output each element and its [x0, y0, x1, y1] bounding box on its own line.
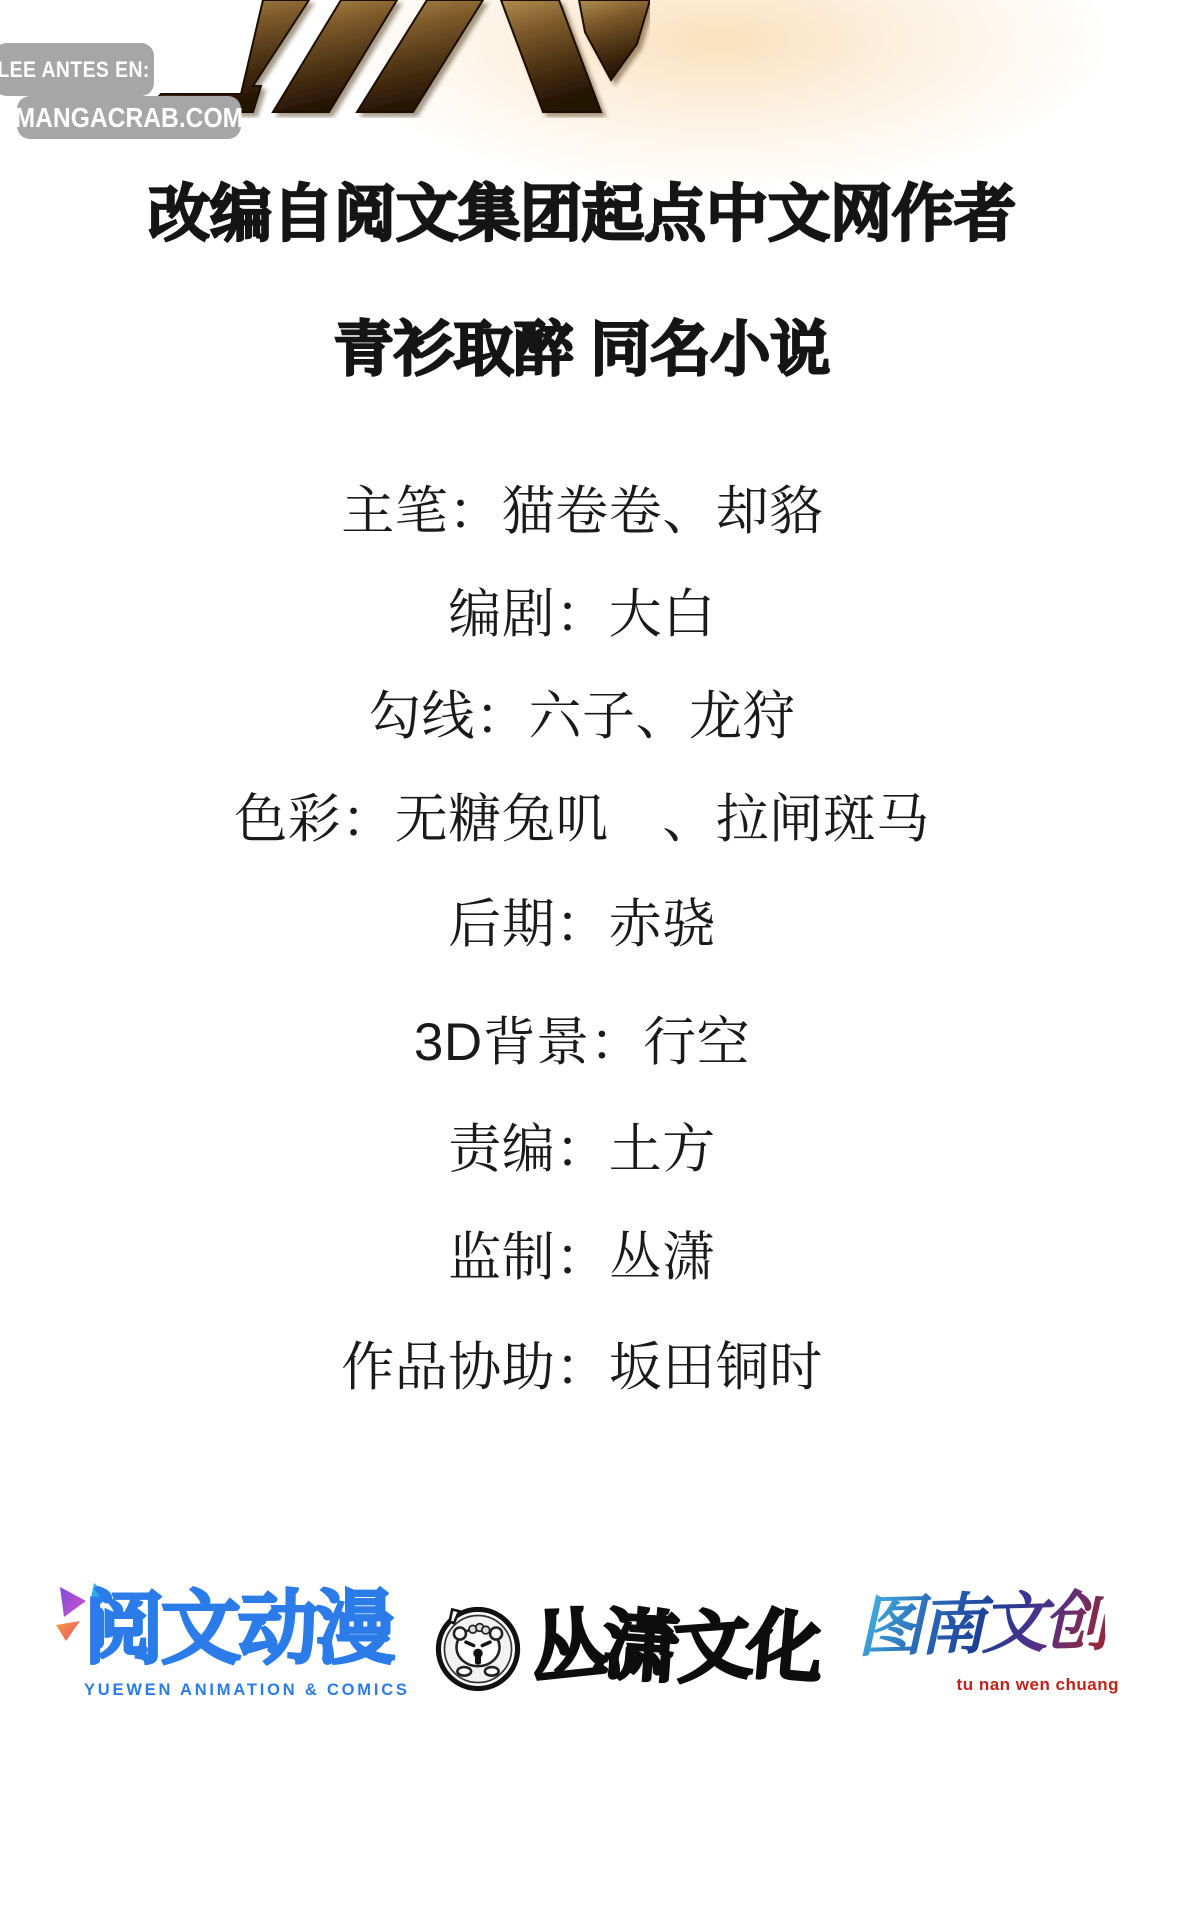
yuewen-logo-cjk: 阅文动漫 — [84, 1589, 392, 1669]
watermark-mangacrab-badge: MANGACRAB.COM — [17, 96, 241, 139]
watermark-mangacrab-label: MANGACRAB.COM — [15, 102, 244, 134]
credit-line-coloring: 色彩：无糖兔叽 、拉闸斑马 — [0, 793, 1182, 846]
credit-line-3d-background: 3D背景：行空 — [0, 1016, 1182, 1069]
credit-line-inking: 勾线：六子、龙狩 — [0, 690, 1182, 743]
credit-line-assistance: 作品协助：坂田铜时 — [0, 1341, 1182, 1394]
tunan-logo-cjk: 图南文创 — [856, 1582, 1106, 1668]
hamster-mascot-icon — [435, 1606, 521, 1692]
tunan-logo-tagline: tu nan wen chuang — [857, 1675, 1119, 1695]
credit-line-supervisor: 监制：丛潇 — [0, 1231, 1182, 1284]
credit-line-editor: 责编：土方 — [0, 1123, 1182, 1176]
yuewen-logo: 阅文动漫 YUEWEN ANIMATION & COMICS — [52, 1583, 402, 1708]
congxiao-logo-cjk: 丛潇文化 — [531, 1606, 819, 1690]
credit-line-postprod: 后期：赤骁 — [0, 898, 1182, 951]
tunan-logo: 图南文创 tu nan wen chuang — [857, 1583, 1137, 1708]
watermark-lee-antes-badge: LEE ANTES EN: — [0, 43, 154, 96]
original-novel-line: 青衫取醉 同名小说 — [0, 320, 1182, 380]
yuewen-logo-tagline: YUEWEN ANIMATION & COMICS — [84, 1681, 410, 1700]
adaptation-source-line: 改编自阅文集团起点中文网作者 — [0, 184, 1182, 246]
credit-line-lead-artist: 主笔：猫卷卷、却貉 — [0, 485, 1182, 538]
watermark-lee-antes-label: LEE ANTES EN: — [0, 57, 150, 83]
congxiao-logo: 丛潇文化 — [435, 1598, 845, 1708]
credit-line-screenwriter: 编剧：大白 — [0, 588, 1182, 641]
